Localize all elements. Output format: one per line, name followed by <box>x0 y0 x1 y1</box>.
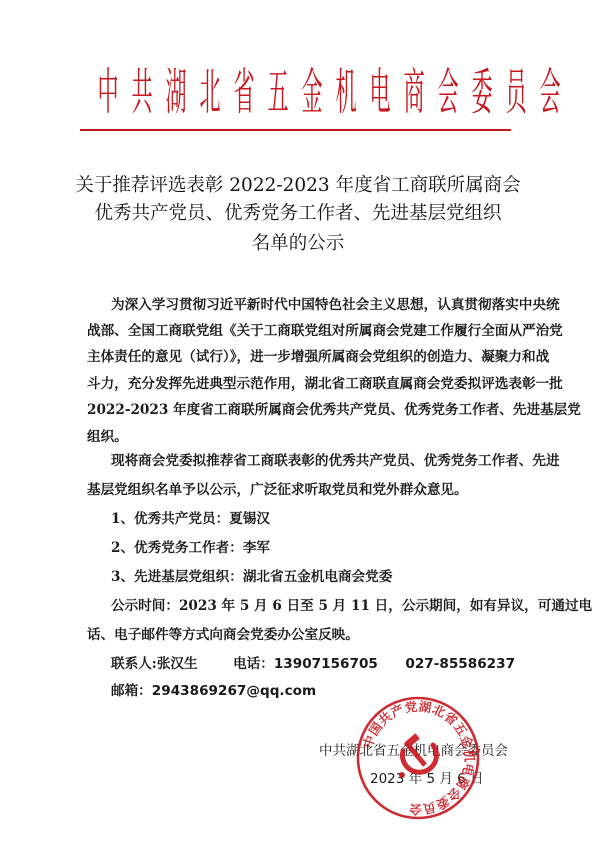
hammer-and-sickle-icon <box>399 733 436 778</box>
letterhead-char: 五 <box>267 68 288 117</box>
document-title-line-1: 关于推荐评选表彰 2022-2023 年度省工商联所属商会 <box>60 175 536 197</box>
paragraph-2-line: 基层党组织名单予以公示，广泛征求听取党员和党外群众意见。 <box>87 481 511 499</box>
nominee-label: 2、优秀党务工作者： <box>111 540 243 556</box>
nominee-label: 1、优秀共产党员： <box>111 511 229 527</box>
nominee-name: 夏锡汉 <box>229 511 270 527</box>
document-title-line-2: 优秀共产党员、优秀党务工作者、先进基层党组织 <box>60 203 536 225</box>
contact-person-label: 联系人: <box>111 656 157 672</box>
email-address[interactable]: 2943869267@qq.com <box>152 683 316 699</box>
nominee-label: 3、先进基层党组织： <box>111 569 243 585</box>
landline-number: 027-85586237 <box>405 656 515 672</box>
letterhead-char: 金 <box>301 68 322 117</box>
contact-person: 张汉生 <box>157 656 198 672</box>
paragraph-1-line: 为深入学习贯彻习近平新时代中国特色社会主义思想，认真贯彻落实中央统 <box>111 296 511 314</box>
contact-line: 联系人:张汉生 电话：13907156705 027-85586237 <box>111 655 531 673</box>
letterhead-char: 中 <box>97 68 118 117</box>
letterhead-char: 会 <box>437 68 458 117</box>
notice-period-line: 话、电子邮件等方式向商会党委办公室反映。 <box>87 626 511 644</box>
letterhead-char: 会 <box>539 68 560 117</box>
official-seal-icon: 中国共产党湖北省五金机电商会委员会 <box>355 695 481 821</box>
nominee-party-worker: 2、优秀党务工作者：李军 <box>111 539 535 557</box>
mobile-number: 13907156705 <box>274 656 378 672</box>
nominee-name: 李军 <box>243 540 270 556</box>
letterhead-char: 湖 <box>165 68 186 117</box>
letterhead-char: 省 <box>233 68 254 117</box>
paragraph-1-line: 2022-2023 年度省工商联所属商会优秀共产党员、优秀党务工作者、先进基层党 <box>87 401 511 419</box>
paragraph-2-line: 现将商会党委拟推荐省工商联表彰的优秀共产党员、优秀党务工作者、先进 <box>111 452 511 470</box>
document-title-line-3: 名单的公示 <box>60 233 536 255</box>
nominee-party-organization: 3、先进基层党组织：湖北省五金机电商会党委 <box>111 568 535 586</box>
letterhead-char: 机 <box>335 68 356 117</box>
nominee-outstanding-member: 1、优秀共产党员：夏锡汉 <box>111 510 535 528</box>
paragraph-1-line: 斗力，充分发挥先进典型示范作用，湖北省工商联直属商会党委拟评选表彰一批 <box>87 375 511 393</box>
letterhead-char: 委 <box>471 68 492 117</box>
nominee-name: 湖北省五金机电商会党委 <box>243 569 393 585</box>
letterhead-char: 共 <box>131 68 152 117</box>
paragraph-1-line: 组织。 <box>87 428 511 446</box>
phone-label: 电话： <box>233 656 274 672</box>
letterhead-char: 北 <box>199 68 220 117</box>
letterhead-char: 商 <box>403 68 424 117</box>
email-label: 邮箱： <box>111 683 152 699</box>
paragraph-1-line: 战部、全国工商联党组《关于工商联党组对所属商会党建工作履行全面从严治党 <box>87 322 511 340</box>
letterhead-title: 中 共 湖 北 省 五 金 机 电 商 会 委 员 会 <box>80 62 510 124</box>
notice-period-line: 公示时间：2023 年 5 月 6 日至 5 月 11 日，公示期间，如有异议，… <box>111 597 511 615</box>
letterhead-char: 电 <box>369 68 390 117</box>
letterhead-char: 员 <box>505 68 526 117</box>
paragraph-1-line: 主体责任的意见（试行）》，进一步增强所属商会党组织的创造力、凝聚力和战 <box>87 348 511 366</box>
letterhead-divider <box>80 129 511 131</box>
